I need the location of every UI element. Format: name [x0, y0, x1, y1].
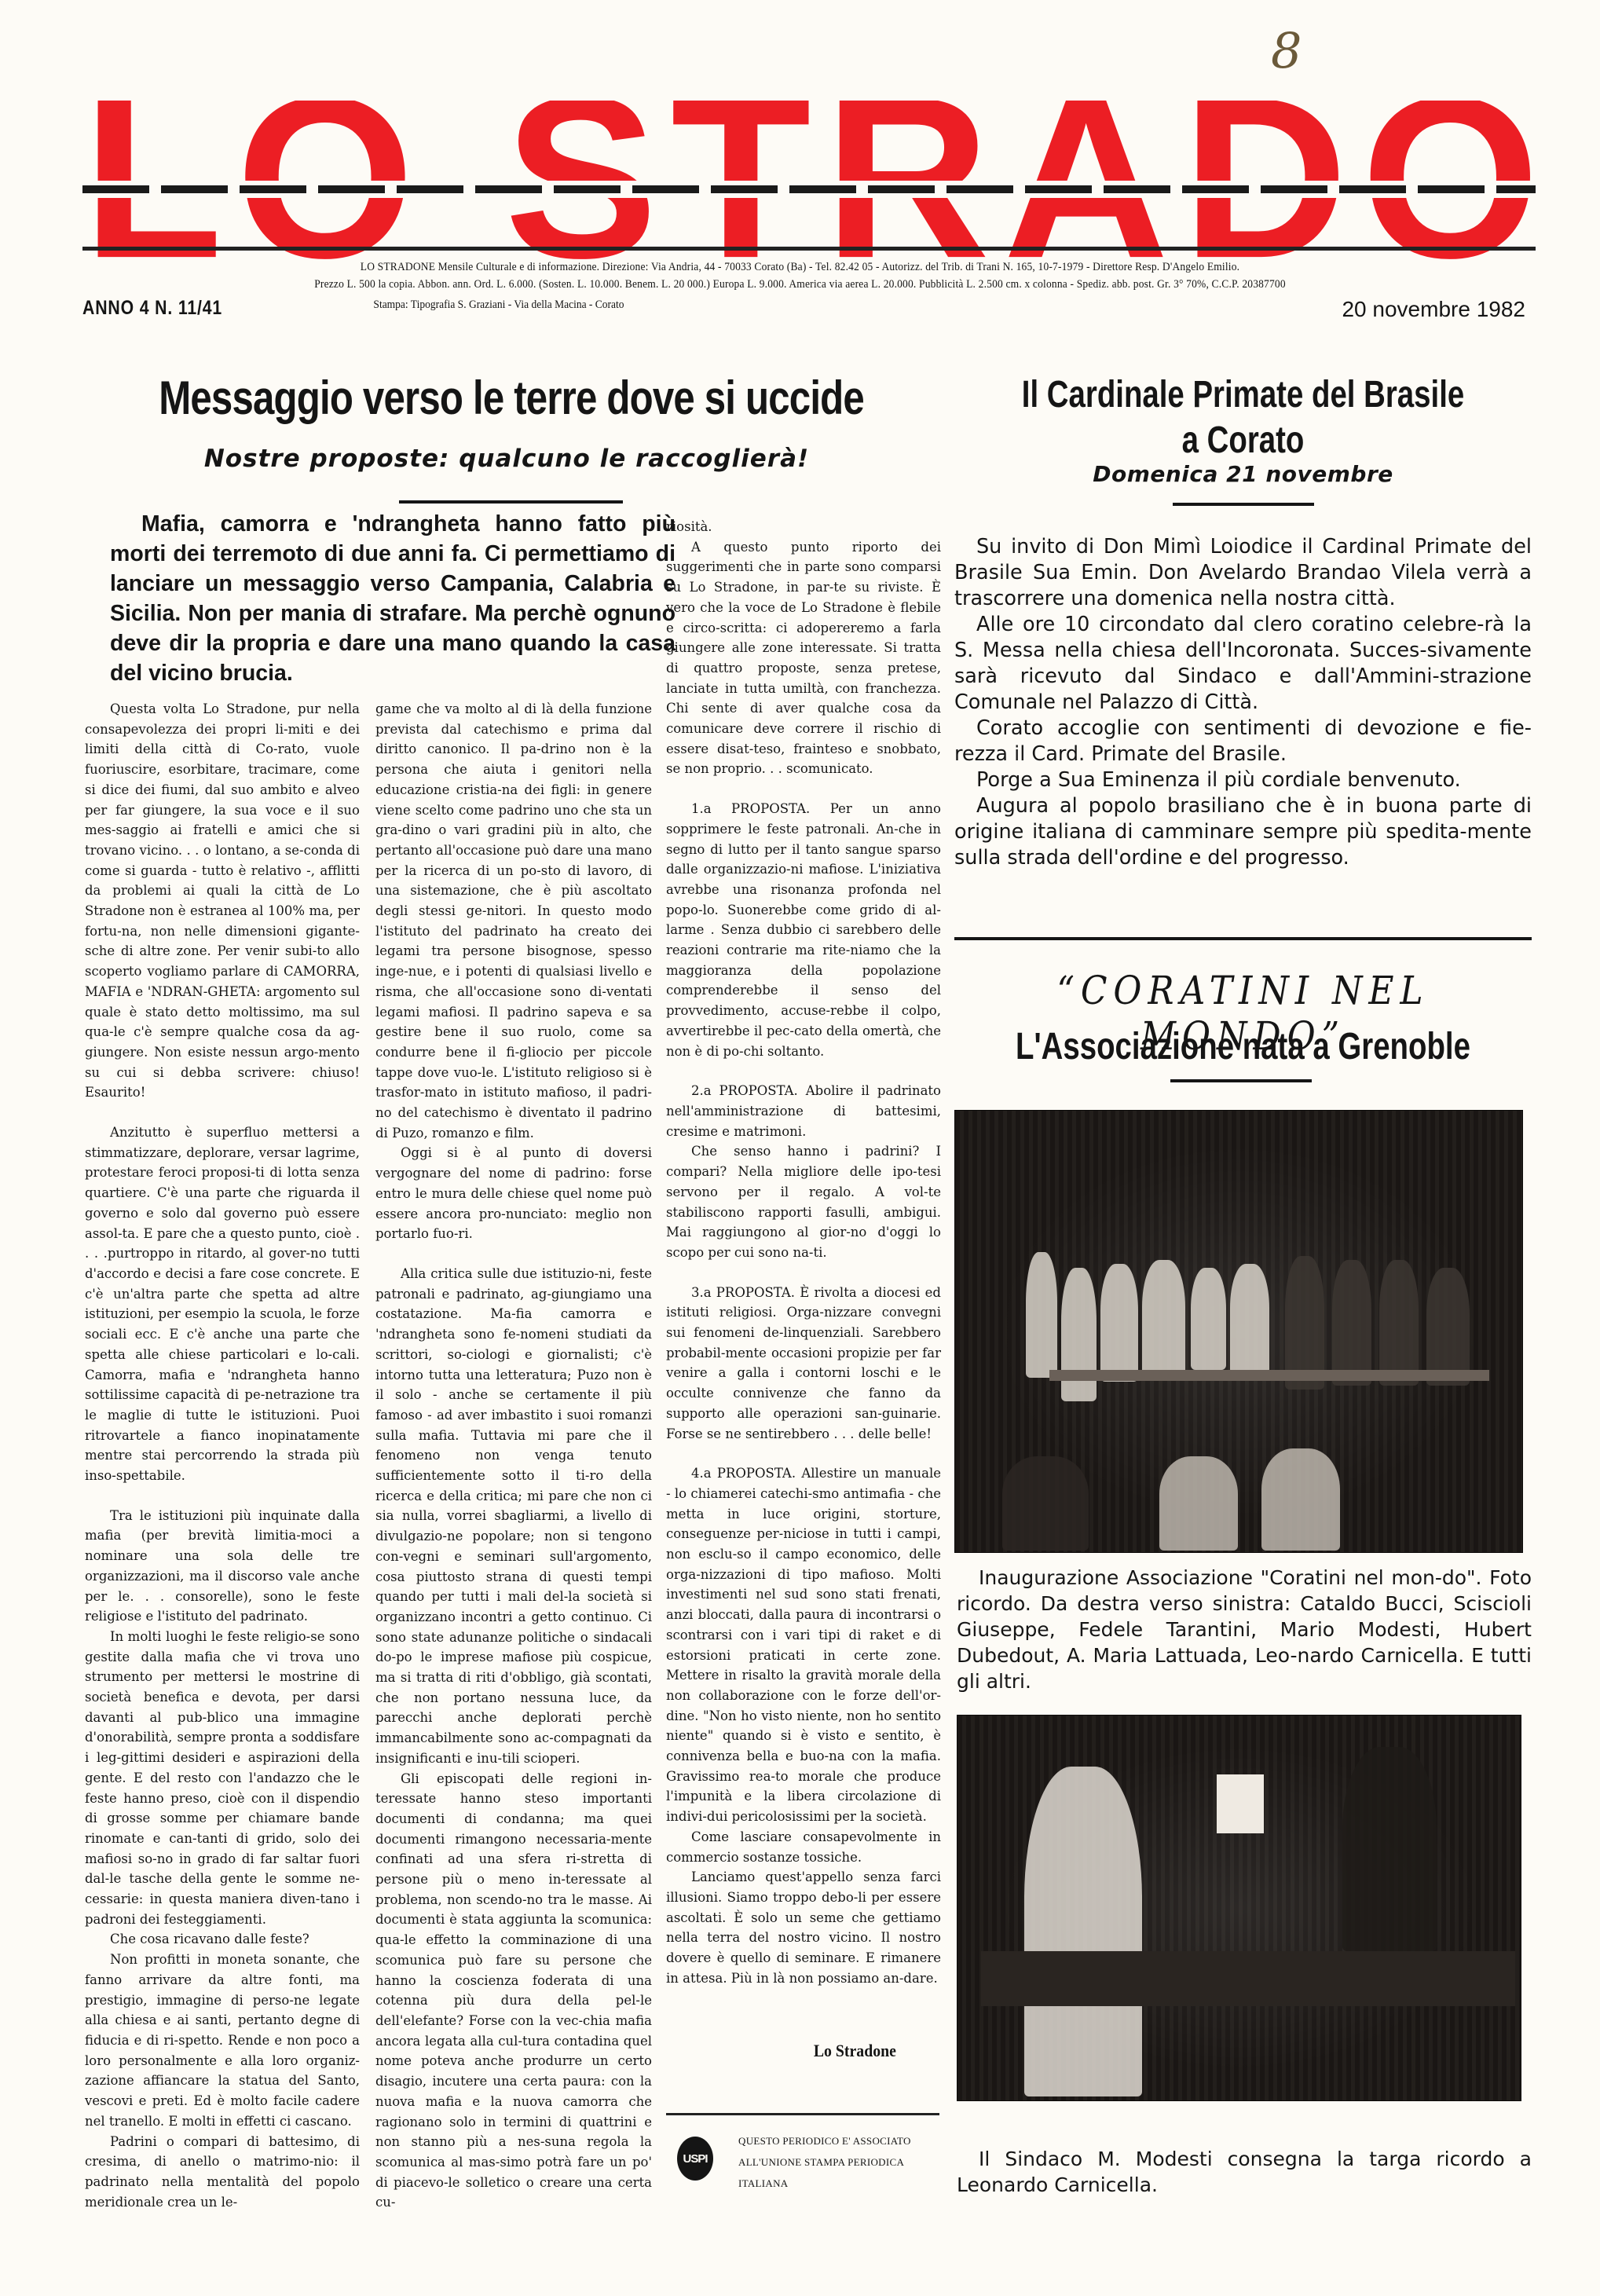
- photo-figure: [1426, 1268, 1470, 1386]
- paragraph: Porge a Sua Eminenza il più cordiale ben…: [954, 767, 1532, 793]
- issue-date: 20 novembre 1982: [1342, 297, 1525, 322]
- cardinal-headline: Il Cardinale Primate del Brasile a Corat…: [1009, 372, 1477, 463]
- headline-divider: [399, 500, 623, 504]
- paragraph: Che senso hanno i padrini? I compari? Ne…: [666, 1141, 941, 1262]
- paragraph: Questa volta Lo Stradone, pur nella cons…: [85, 699, 360, 1103]
- cardinal-body: Su invito di Don Mimì Loiodice il Cardin…: [954, 534, 1532, 871]
- paragraph: Corato accoglie con sentimenti di devozi…: [954, 716, 1532, 767]
- paragraph: Che cosa ricavano dalle feste?: [85, 1929, 360, 1950]
- paragraph: Oggi si è al punto di doversi vergognare…: [375, 1143, 652, 1244]
- printer-credit: Stampa: Tipografia S. Graziani - Via del…: [50, 298, 948, 312]
- proposal-2: 2.a PROPOSTA. Abolire il padrinato nell'…: [666, 1081, 941, 1141]
- photo-figure: [1379, 1260, 1419, 1386]
- signature-rule: [666, 2113, 939, 2115]
- article-column-1: Questa volta Lo Stradone, pur nella cons…: [85, 699, 360, 2212]
- main-lead: Mafia, camorra e 'ndrangheta hanno fatto…: [110, 509, 676, 688]
- uspi-line: ALL'UNIONE STAMPA PERIODICA: [738, 2151, 943, 2173]
- masthead-info-line-1: LO STRADONE Mensile Culturale e di infor…: [80, 261, 1520, 274]
- photo-mayor: [1024, 1767, 1142, 2096]
- paragraph: Alla critica sulle due istituzio-ni, fes…: [375, 1264, 652, 1769]
- photo-figure: [1191, 1268, 1226, 1370]
- article-column-3: riosità. A questo punto riporto dei sugg…: [666, 517, 941, 1989]
- award-photo: [957, 1715, 1521, 2101]
- caption-text: Inaugurazione Associazione "Coratini nel…: [957, 1565, 1532, 1694]
- photo-figure: [1100, 1264, 1138, 1382]
- photo-recipient: [1342, 1747, 1437, 1951]
- photo-figure: [1332, 1260, 1371, 1386]
- photo-table: [981, 1951, 1515, 2006]
- uspi-logo-icon: USPI: [677, 2137, 713, 2181]
- proposal-3: 3.a PROPOSTA. È rivolta a diocesi ed ist…: [666, 1283, 941, 1445]
- photo-audience: [1002, 1456, 1089, 1551]
- handwritten-page-mark: 8: [1271, 22, 1302, 79]
- proposal-4: 4.a PROPOSTA. Allestire un manuale - lo …: [666, 1463, 941, 1827]
- paragraph: Augura al popolo brasiliano che è in buo…: [954, 793, 1532, 871]
- paragraph: A questo punto riporto dei suggerimenti …: [666, 537, 941, 779]
- paragraph: Anzitutto è superfluo mettersi a stimmat…: [85, 1122, 360, 1486]
- masthead-stripe: [82, 185, 1536, 193]
- paragraph: game che va molto al di là della funzion…: [375, 699, 652, 1143]
- paragraph: Padrini o compari di battesimo, di cresi…: [85, 2132, 360, 2213]
- cardinal-divider: [1173, 503, 1314, 506]
- photo-desk: [1049, 1370, 1489, 1381]
- paragraph: Non profitti in moneta sonante, che fann…: [85, 1950, 360, 2131]
- coratini-headline: L'Associazione nata a Grenoble: [1009, 1025, 1477, 1068]
- group-photo: [954, 1110, 1523, 1553]
- article-signature: Lo Stradone: [814, 2041, 896, 2061]
- paragraph: Gli episcopati delle regioni in-teressat…: [375, 1769, 652, 2213]
- paragraph: Tra le istituzioni più inquinate dalla m…: [85, 1506, 360, 1627]
- photo-figure: [1061, 1268, 1097, 1401]
- paragraph: Su invito di Don Mimì Loiodice il Cardin…: [954, 534, 1532, 612]
- photo-figure: [1026, 1252, 1057, 1378]
- uspi-notice: QUESTO PERIODICO E' ASSOCIATO ALL'UNIONE…: [738, 2130, 943, 2194]
- masthead-info-line-2: Prezzo L. 500 la copia. Abbon. ann. Ord.…: [80, 278, 1520, 291]
- masthead-rule: [82, 247, 1536, 251]
- cardinal-headline-line-2: a Corato: [1009, 418, 1477, 463]
- photo-plaque: [1217, 1774, 1264, 1833]
- paragraph: Come lasciare consapevolmente in commerc…: [666, 1827, 941, 1867]
- award-photo-caption: Il Sindaco M. Modesti consegna la targa …: [957, 2146, 1532, 2198]
- proposal-1: 1.a PROPOSTA. Per un anno sopprimere le …: [666, 799, 941, 1061]
- photo-figure: [1142, 1260, 1185, 1378]
- article-column-2: game che va molto al di là della funzion…: [375, 699, 652, 2213]
- photo-audience: [1159, 1456, 1238, 1551]
- paragraph: Lanciamo quest'appello senza farci illus…: [666, 1867, 941, 1988]
- paragraph: In molti luoghi le feste religio-se sono…: [85, 1627, 360, 1930]
- group-photo-caption: Inaugurazione Associazione "Coratini nel…: [957, 1565, 1532, 1694]
- paragraph: Alle ore 10 circondato dal clero coratin…: [954, 612, 1532, 716]
- cardinal-headline-line-1: Il Cardinale Primate del Brasile: [1009, 372, 1477, 418]
- uspi-line: ITALIANA: [738, 2173, 943, 2194]
- main-subheadline: Nostre proposte: qualcuno le raccoglierà…: [82, 445, 931, 473]
- main-headline: Messaggio verso le terre dove si uccide: [159, 371, 855, 425]
- paragraph: riosità.: [666, 517, 941, 537]
- coratini-divider: [1170, 1079, 1312, 1082]
- photo-figure: [1230, 1264, 1269, 1374]
- photo-audience: [1261, 1448, 1340, 1551]
- section-rule: [954, 937, 1532, 940]
- uspi-line: QUESTO PERIODICO E' ASSOCIATO: [738, 2130, 943, 2151]
- cardinal-subheadline: Domenica 21 novembre: [950, 461, 1536, 487]
- caption-text: Il Sindaco M. Modesti consegna la targa …: [957, 2146, 1532, 2198]
